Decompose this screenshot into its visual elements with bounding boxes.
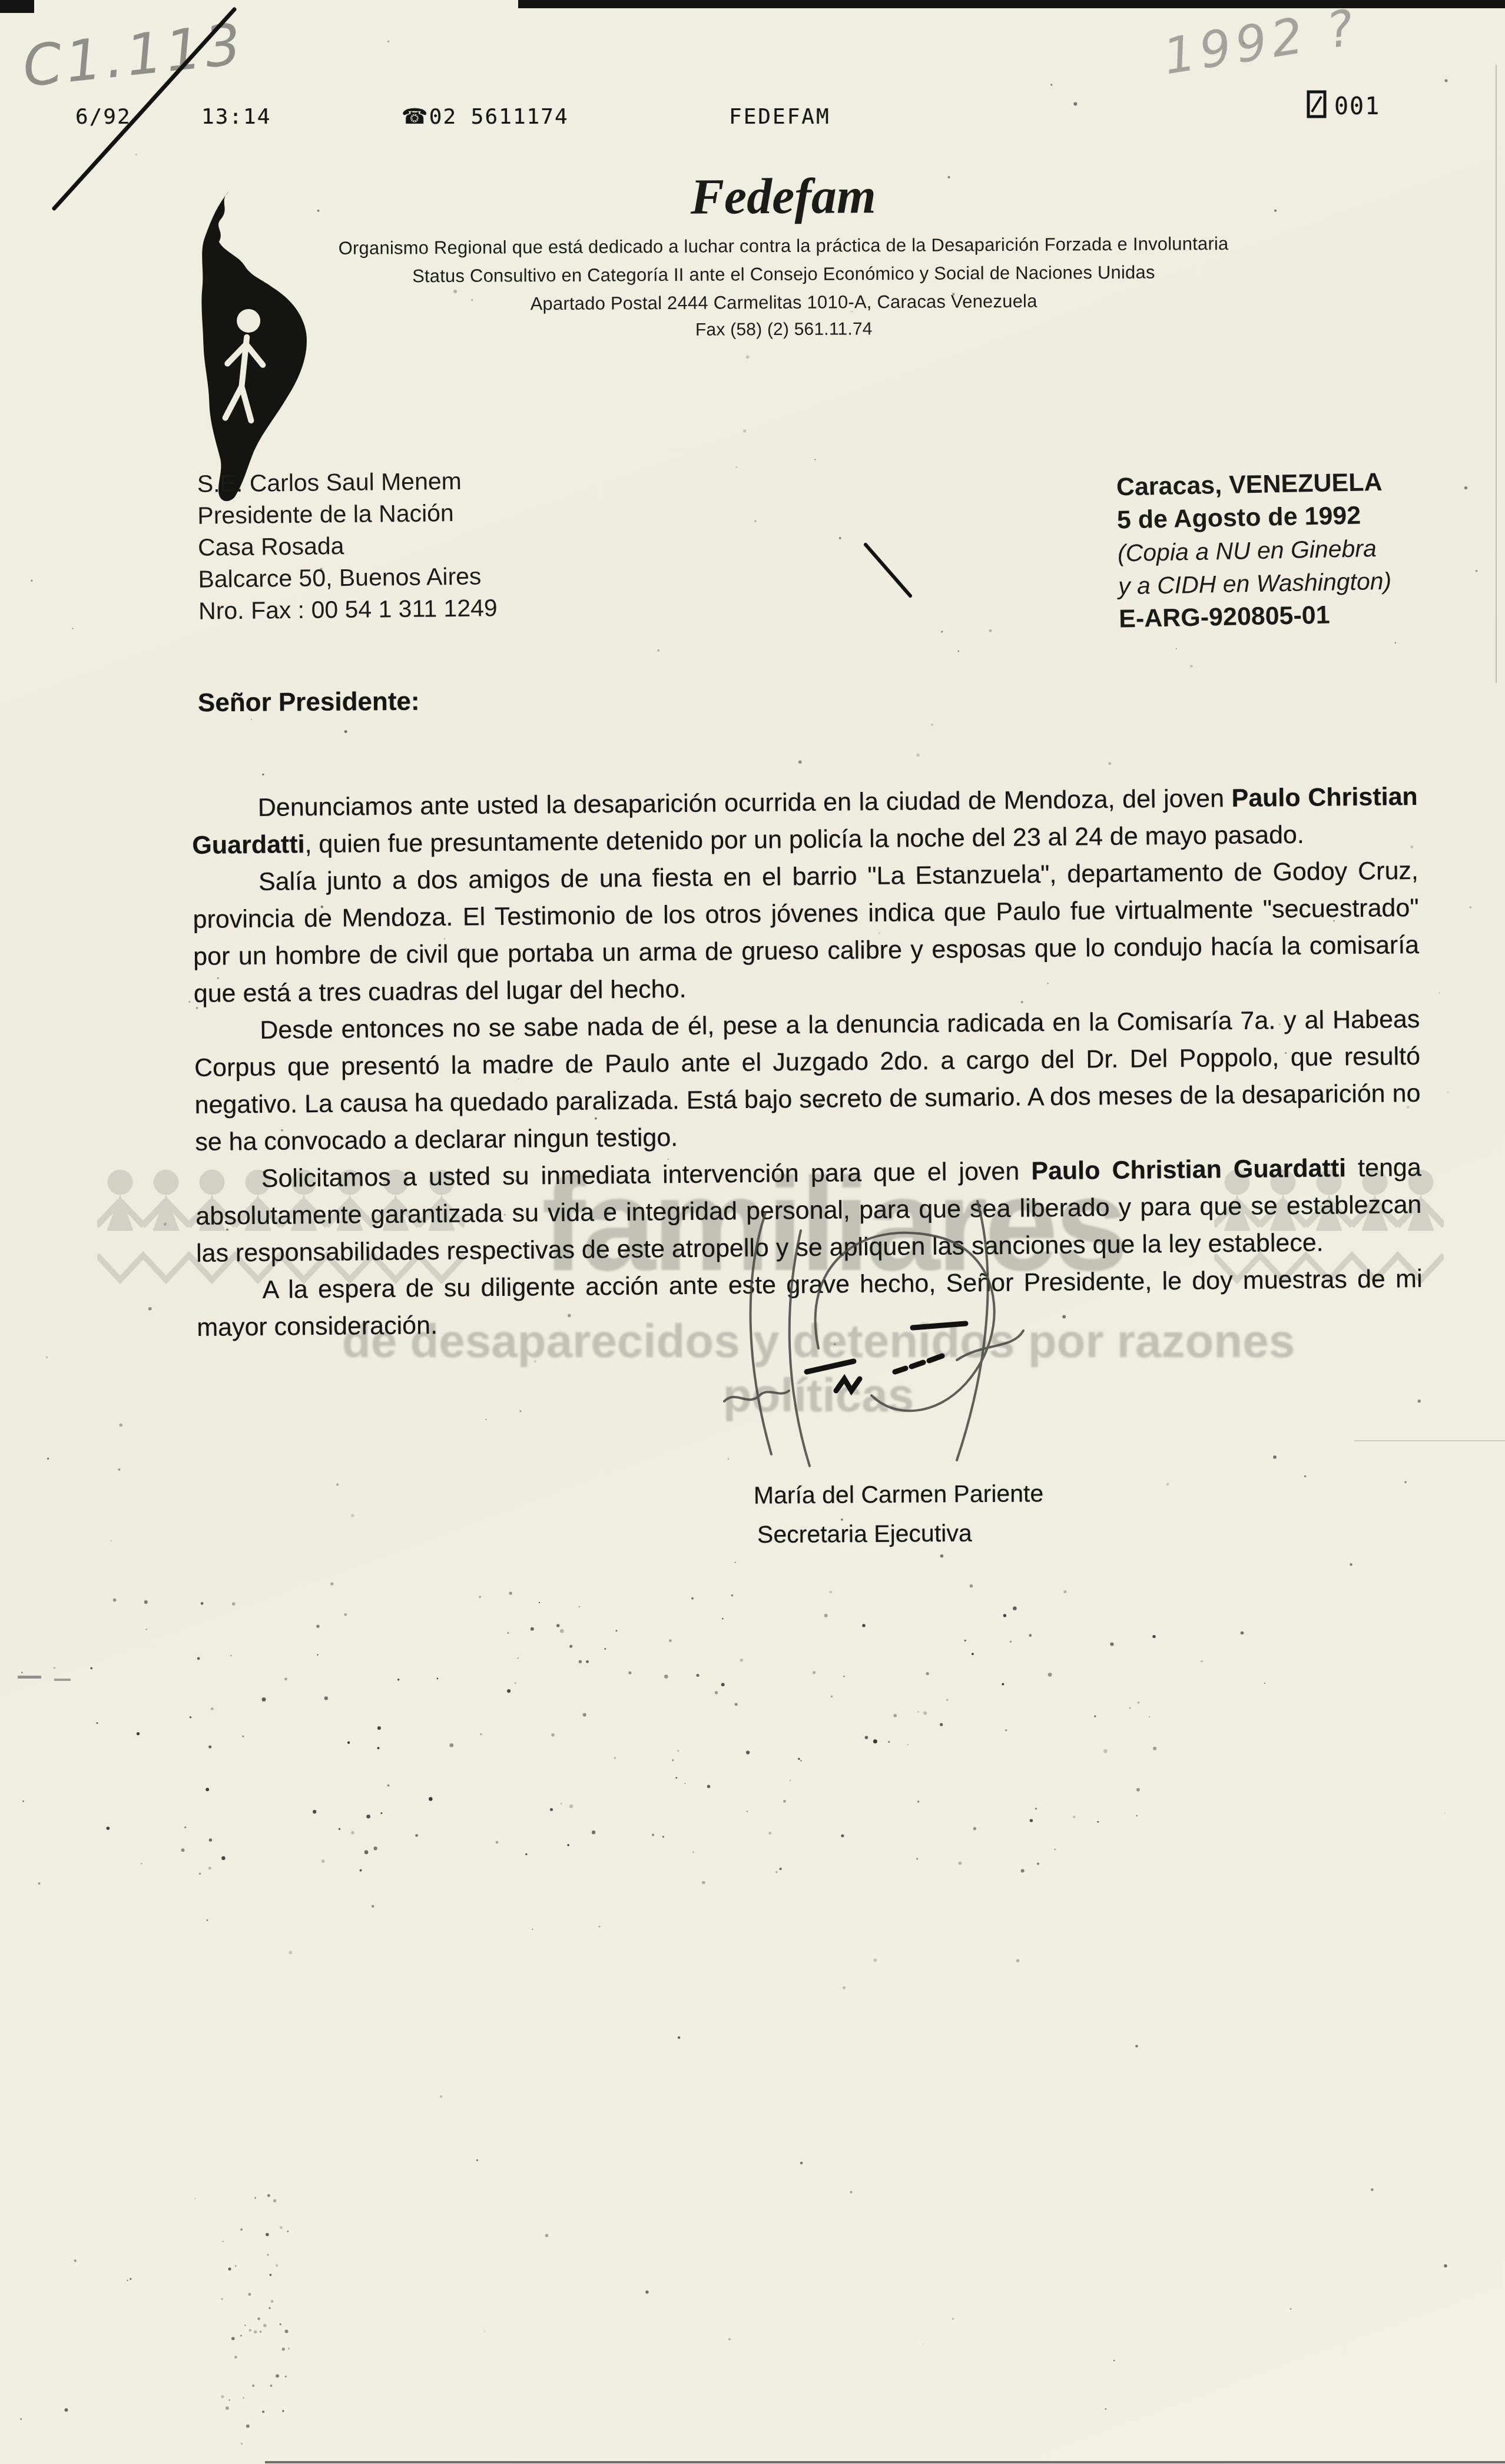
signer-name: María del Carmen Pariente: [754, 1480, 1044, 1509]
fax-header-time: 13:14: [201, 105, 271, 129]
reference-number: E-ARG-920805-01: [1119, 598, 1393, 636]
org-description-line1: Organismo Regional que está dedicado a l…: [319, 233, 1249, 259]
fax-page-number: 001: [1334, 93, 1380, 120]
letter-place: Caracas, VENEZUELA: [1116, 466, 1390, 504]
recipient-block: S.E. Carlos Saul Menem Presidente de la …: [197, 465, 498, 626]
org-fax-line: Fax (58) (2) 561.11.74: [319, 317, 1249, 342]
copy-note-line1: (Copia a NU en Ginebra: [1118, 532, 1391, 570]
paragraph-2: Salía junto a dos amigos de una fiesta e…: [193, 853, 1420, 1013]
org-address-line: Apartado Postal 2444 Carmelitas 1010-A, …: [319, 290, 1249, 316]
scanner-bottom-edge: [265, 2461, 1505, 2463]
salutation: Señor Presidente:: [198, 687, 420, 718]
recipient-fax: Nro. Fax : 00 54 1 311 1249: [198, 592, 498, 626]
fax-header-date: 6/92: [75, 105, 131, 129]
org-description-line2: Status Consultivo en Categoría II ante e…: [319, 261, 1249, 287]
paper-crease-horizontal: [1354, 1440, 1505, 1441]
copy-note-line2: y a CIDH en Washington): [1118, 565, 1392, 603]
paragraph-1: Denunciamos ante usted la desaparición o…: [192, 778, 1418, 864]
recipient-address1: Casa Rosada: [198, 528, 497, 563]
org-name: Fedefam: [318, 164, 1249, 228]
letter-date: 5 de Agosto de 1992: [1116, 499, 1390, 537]
recipient-title: Presidente de la Nación: [197, 496, 496, 531]
scanned-fax-letter: C1.113 1992 ? 6/92 13:14 ☎02 5611174 FED…: [0, 0, 1505, 2464]
recipient-name: S.E. Carlos Saul Menem: [197, 465, 496, 499]
signer-title: Secretaria Ejecutiva: [757, 1520, 972, 1549]
handwritten-signature: [659, 1195, 1072, 1490]
fax-page-icon: [1306, 89, 1330, 120]
paragraph-3: Desde entonces no se sabe nada de él, pe…: [194, 1001, 1421, 1161]
date-reference-block: Caracas, VENEZUELA 5 de Agosto de 1992 (…: [1116, 466, 1392, 636]
recipient-address2: Balcarce 50, Buenos Aires: [198, 560, 497, 595]
letterhead: Fedefam Organismo Regional que está dedi…: [317, 0, 1249, 356]
